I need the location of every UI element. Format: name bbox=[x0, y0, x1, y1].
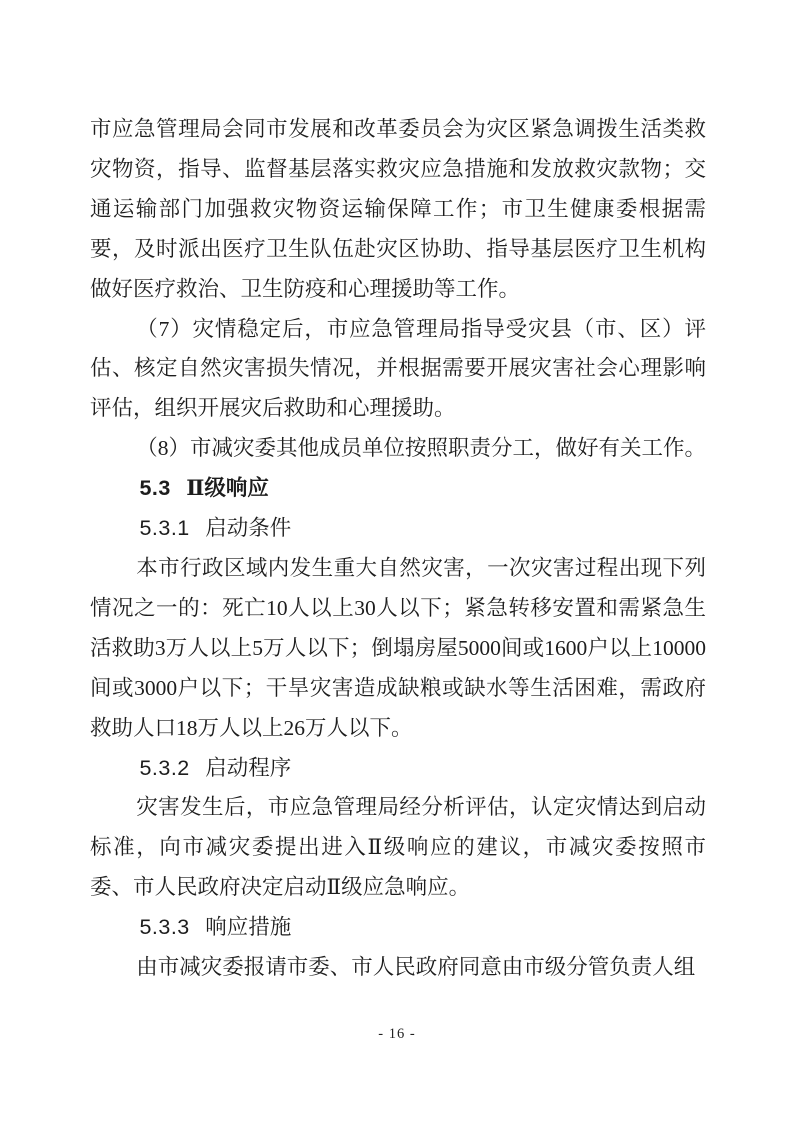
body-paragraph-item8: （8）市减灾委其他成员单位按照职责分工，做好有关工作。 bbox=[90, 429, 706, 469]
subsection-heading-number: 5.3.1 bbox=[139, 516, 189, 540]
subsection-heading-title: 响应措施 bbox=[205, 915, 291, 939]
section-heading-title: Ⅱ级响应 bbox=[186, 476, 269, 500]
document-body: 市应急管理局会同市发展和改革委员会为灾区紧急调拨生活类救灾物资，指导、监督基层落… bbox=[90, 110, 706, 988]
body-paragraph-item7: （7）灾情稳定后，市应急管理局指导受灾县（市、区）评估、核定自然灾害损失情况，并… bbox=[90, 310, 706, 430]
page-number: - 16 - bbox=[0, 1026, 794, 1043]
subsection-heading-title: 启动程序 bbox=[205, 756, 291, 780]
body-paragraph-continuation: 市应急管理局会同市发展和改革委员会为灾区紧急调拨生活类救灾物资，指导、监督基层落… bbox=[90, 110, 706, 310]
body-paragraph-conditions: 本市行政区域内发生重大自然灾害，一次灾害过程出现下列情况之一的：死亡10人以上3… bbox=[90, 549, 706, 749]
subsection-heading-title: 启动条件 bbox=[205, 516, 291, 540]
subsection-heading-number: 5.3.2 bbox=[139, 756, 189, 780]
subsection-heading-5-3-3: 5.3.3响应措施 bbox=[90, 908, 706, 948]
section-heading-number: 5.3 bbox=[139, 476, 170, 500]
section-heading-5-3: 5.3Ⅱ级响应 bbox=[90, 469, 706, 509]
subsection-heading-5-3-2: 5.3.2启动程序 bbox=[90, 749, 706, 789]
subsection-heading-number: 5.3.3 bbox=[139, 915, 189, 939]
body-paragraph-measures: 由市减灾委报请市委、市人民政府同意由市级分管负责人组 bbox=[90, 948, 706, 988]
subsection-heading-5-3-1: 5.3.1启动条件 bbox=[90, 509, 706, 549]
body-paragraph-procedure: 灾害发生后，市应急管理局经分析评估，认定灾情达到启动标准，向市减灾委提出进入Ⅱ级… bbox=[90, 788, 706, 908]
document-page: 市应急管理局会同市发展和改革委员会为灾区紧急调拨生活类救灾物资，指导、监督基层落… bbox=[0, 0, 794, 1122]
